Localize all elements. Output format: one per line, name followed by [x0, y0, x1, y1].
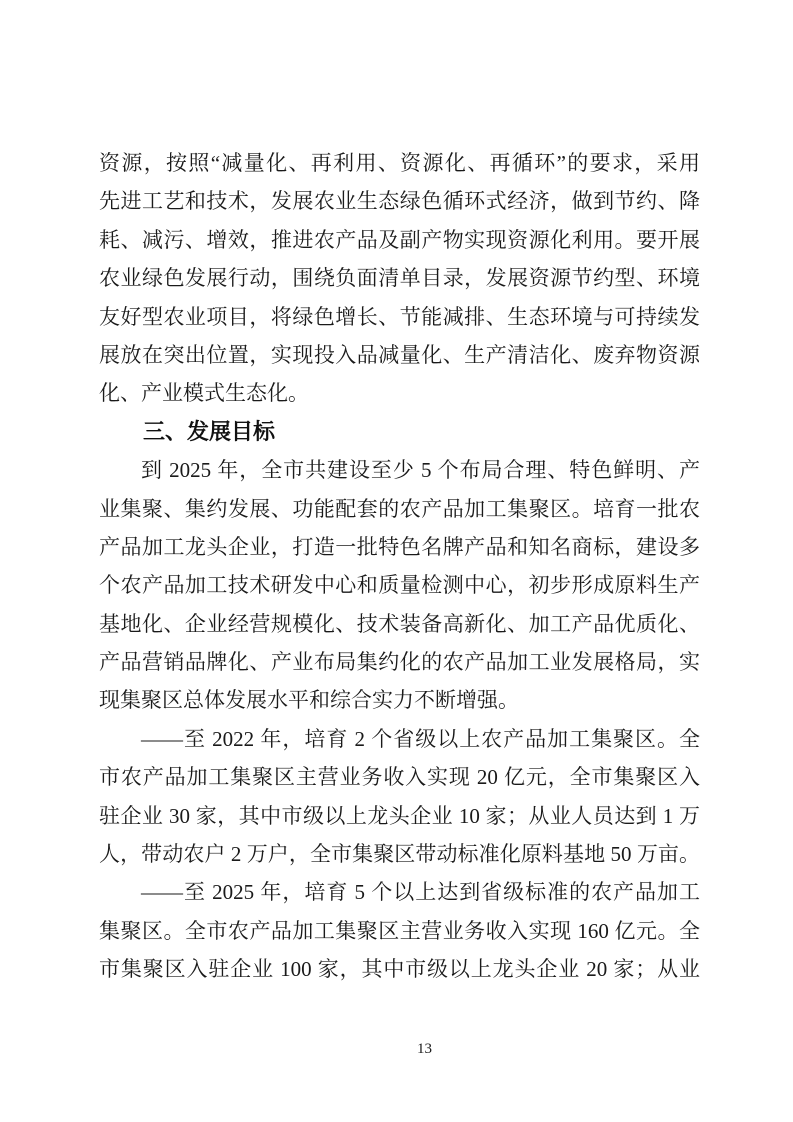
text-line: 个农产品加工技术研发中心和质量检测中心，初步形成原料生产 — [99, 566, 700, 604]
text-line: 产品加工龙头企业，打造一批特色名牌产品和知名商标，建设多 — [99, 528, 700, 566]
text-line: 驻企业 30 家，其中市级以上龙头企业 10 家；从业人员达到 1 万 — [99, 797, 700, 835]
text-line: 友好型农业项目，将绿色增长、节能减排、生态环境与可持续发 — [99, 298, 700, 336]
document-body: 资源，按照“减量化、再利用、资源化、再循环”的要求，采用先进工艺和技术，发展农业… — [99, 144, 700, 989]
text-line: 业集聚、集约发展、功能配套的农产品加工集聚区。培育一批农 — [99, 490, 700, 528]
text-line: 化、产业模式生态化。 — [99, 374, 700, 412]
text-line: 资源，按照“减量化、再利用、资源化、再循环”的要求，采用 — [99, 144, 700, 182]
section-heading: 三、发展目标 — [99, 413, 700, 451]
text-line: 到 2025 年，全市共建设至少 5 个布局合理、特色鲜明、产 — [99, 451, 700, 489]
text-line: 市集聚区入驻企业 100 家，其中市级以上龙头企业 20 家；从业 — [99, 950, 700, 988]
text-line: 现集聚区总体发展水平和综合实力不断增强。 — [99, 681, 700, 719]
text-line: 产品营销品牌化、产业布局集约化的农产品加工业发展格局，实 — [99, 643, 700, 681]
text-line: 农业绿色发展行动，围绕负面清单目录，发展资源节约型、环境 — [99, 259, 700, 297]
text-line: 基地化、企业经营规模化、技术装备高新化、加工产品优质化、 — [99, 605, 700, 643]
text-line: ——至 2025 年，培育 5 个以上达到省级标准的农产品加工 — [99, 873, 700, 911]
text-line: 人，带动农户 2 万户，全市集聚区带动标准化原料基地 50 万亩。 — [99, 835, 700, 873]
document-page: 资源，按照“减量化、再利用、资源化、再循环”的要求，采用先进工艺和技术，发展农业… — [0, 0, 793, 1122]
text-line: 先进工艺和技术，发展农业生态绿色循环式经济，做到节约、降 — [99, 182, 700, 220]
text-line: 集聚区。全市农产品加工集聚区主营业务收入实现 160 亿元。全 — [99, 912, 700, 950]
text-line: 市农产品加工集聚区主营业务收入实现 20 亿元，全市集聚区入 — [99, 758, 700, 796]
text-line: 展放在突出位置，实现投入品减量化、生产清洁化、废弃物资源 — [99, 336, 700, 374]
page-number: 13 — [417, 1040, 432, 1058]
text-line: ——至 2022 年，培育 2 个省级以上农产品加工集聚区。全 — [99, 720, 700, 758]
text-line: 耗、减污、增效，推进农产品及副产物实现资源化利用。要开展 — [99, 221, 700, 259]
